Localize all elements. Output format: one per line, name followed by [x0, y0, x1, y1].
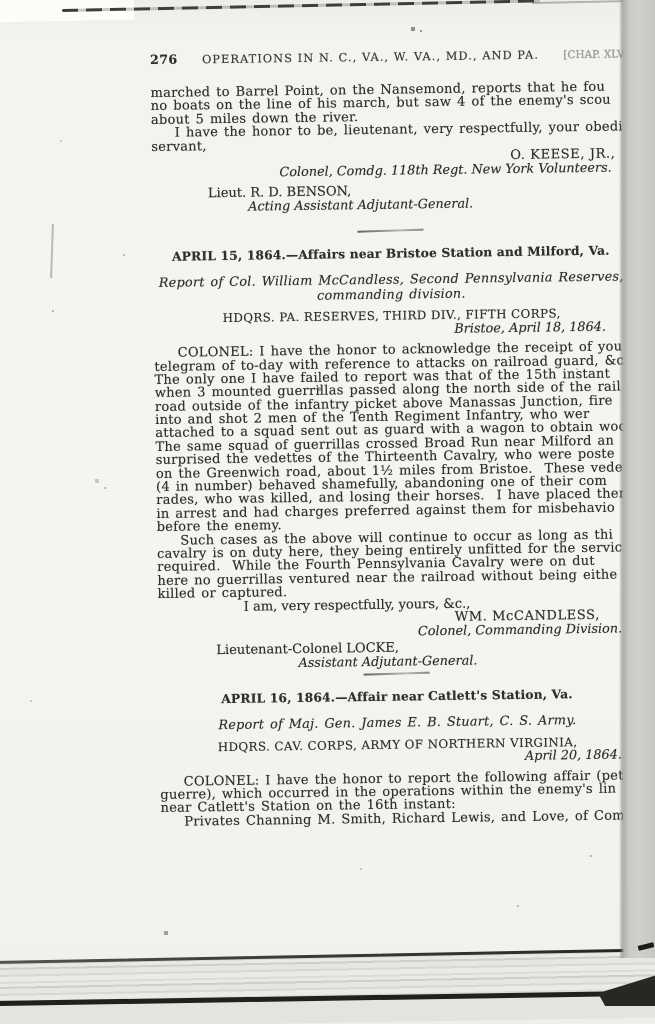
section-divider-rule — [358, 229, 424, 233]
section-heading: APRIL 16, 1864.—Affair near Catlett's St… — [159, 686, 635, 708]
report-paragraph: Such cases as the above will continue to… — [157, 528, 634, 602]
report-byline: Report of Maj. Gen. James E. B. Stuart, … — [159, 713, 635, 734]
scan-scratch-mark — [50, 224, 53, 278]
page-content: 276 OPERATIONS IN N. C., VA., W. VA., MD… — [150, 45, 637, 829]
section-divider-rule — [364, 672, 430, 676]
page-number: 276 — [150, 52, 178, 67]
report-byline: Report of Col. William McCandless, Secon… — [153, 270, 629, 306]
text-line: Report of Maj. Gen. James E. B. Stuart, … — [159, 713, 635, 734]
scanned-book-page: 276 OPERATIONS IN N. C., VA., W. VA., MD… — [0, 0, 655, 1024]
report-paragraph: COLONEL: I have the honor to report the … — [160, 769, 637, 829]
report-paragraph: COLONEL: I have the honor to acknowledge… — [154, 340, 633, 534]
scan-noise-speckles — [0, 0, 2, 2]
letter-body-paragraph: marched to Barrel Point, on the Nansemon… — [150, 80, 627, 154]
chapter-reference: [CHAP. XLV. — [563, 48, 626, 61]
page-header: 276 OPERATIONS IN N. C., VA., W. VA., MD… — [150, 45, 626, 66]
section-heading: APRIL 15, 1864.—Affairs near Bristoe Sta… — [153, 243, 629, 265]
book-page-edge-strip — [619, 0, 655, 958]
running-title: OPERATIONS IN N. C., VA., W. VA., MD., A… — [178, 48, 564, 66]
